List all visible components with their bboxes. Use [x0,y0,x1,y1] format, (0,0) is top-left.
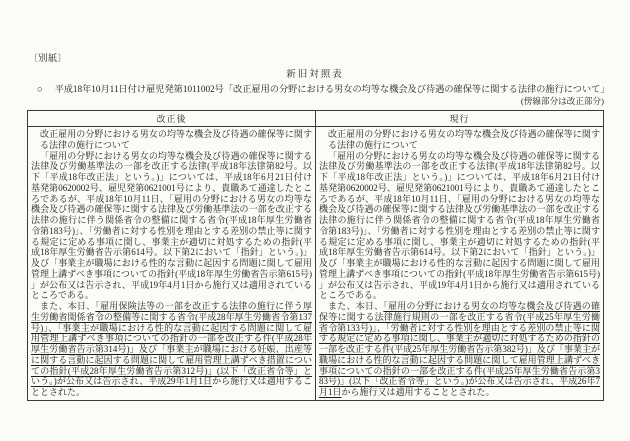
text-segment: また、本日、 [40,301,95,311]
attachment-label: 〔別紙〕 [29,51,67,64]
column-header-current: 現行 [316,111,604,127]
text-segment: また、本日、 [328,301,383,311]
paragraph: また、本日、「雇用の分野における男女の均等な機会及び待遇の確保等に関する法律施行… [319,301,600,398]
paragraph: 「雇用の分野における男女の均等な機会及び待遇の確保等に関する法律及び労働基準法の… [319,151,600,302]
column-header-amended: 改正後 [28,111,316,127]
underlined-segment: 「雇用の分野における男女の均等な機会及び待遇の確保等に関する法律施行規則の一部を… [319,301,600,397]
paragraph: 「雇用の分野における男女の均等な機会及び待遇の確保等に関する法律及び労働基準法の… [31,151,312,302]
text-segment: 「雇用の分野における男女の均等な機会及び待遇の確保等に関する法律及び労働基準法の… [319,151,600,301]
paragraph: 改正雇用の分野における男女の均等な機会及び待遇の確保等に関する法律の施行について [40,129,312,151]
revision-note: (傍線部分は改正部分) [521,95,604,107]
paragraph: 改正雇用の分野における男女の均等な機会及び待遇の確保等に関する法律の施行について [328,129,600,151]
paragraph: また、本日、「雇用保険法等の一部を改正する法律の施行に伴う厚生労働省関係省令の整… [31,301,312,398]
amended-column-cell: 改正雇用の分野における男女の均等な機会及び待遇の確保等に関する法律の施行について… [28,127,316,401]
current-column-body: 改正雇用の分野における男女の均等な機会及び待遇の確保等に関する法律の施行について… [319,129,600,398]
current-column-cell: 改正雇用の分野における男女の均等な機会及び待遇の確保等に関する法律の施行について… [316,127,604,401]
underlined-segment: 「雇用保険法等の一部を改正する法律の施行に伴う厚生労働省関係省令の整備等に関する… [31,301,312,386]
text-segment: 改正雇用の分野における男女の均等な機会及び待遇の確保等に関する法律の施行について [40,129,312,150]
text-segment: から施行又は適用することとされた。 [342,387,495,397]
item-text: 平成18年10月11日付け雇児発第1011002号「改正雇用の分野における男女の… [55,84,610,94]
text-segment: 改正雇用の分野における男女の均等な機会及び待遇の確保等に関する法律の施行について [328,129,600,150]
table-body-row: 改正雇用の分野における男女の均等な機会及び待遇の確保等に関する法律の施行について… [28,127,604,401]
subject-line: ○平成18年10月11日付け雇児発第1011002号「改正雇用の分野における男女… [37,81,602,95]
page-title: 新旧対照表 [0,66,630,80]
item-marker: ○ [37,84,43,94]
comparison-table: 改正後 現行 改正雇用の分野における男女の均等な機会及び待遇の確保等に関する法律… [27,110,604,401]
table-header-row: 改正後 現行 [28,111,604,127]
amended-column-body: 改正雇用の分野における男女の均等な機会及び待遇の確保等に関する法律の施行について… [31,129,312,398]
text-segment: 「雇用の分野における男女の均等な機会及び待遇の確保等に関する法律及び労働基準法の… [31,151,312,301]
